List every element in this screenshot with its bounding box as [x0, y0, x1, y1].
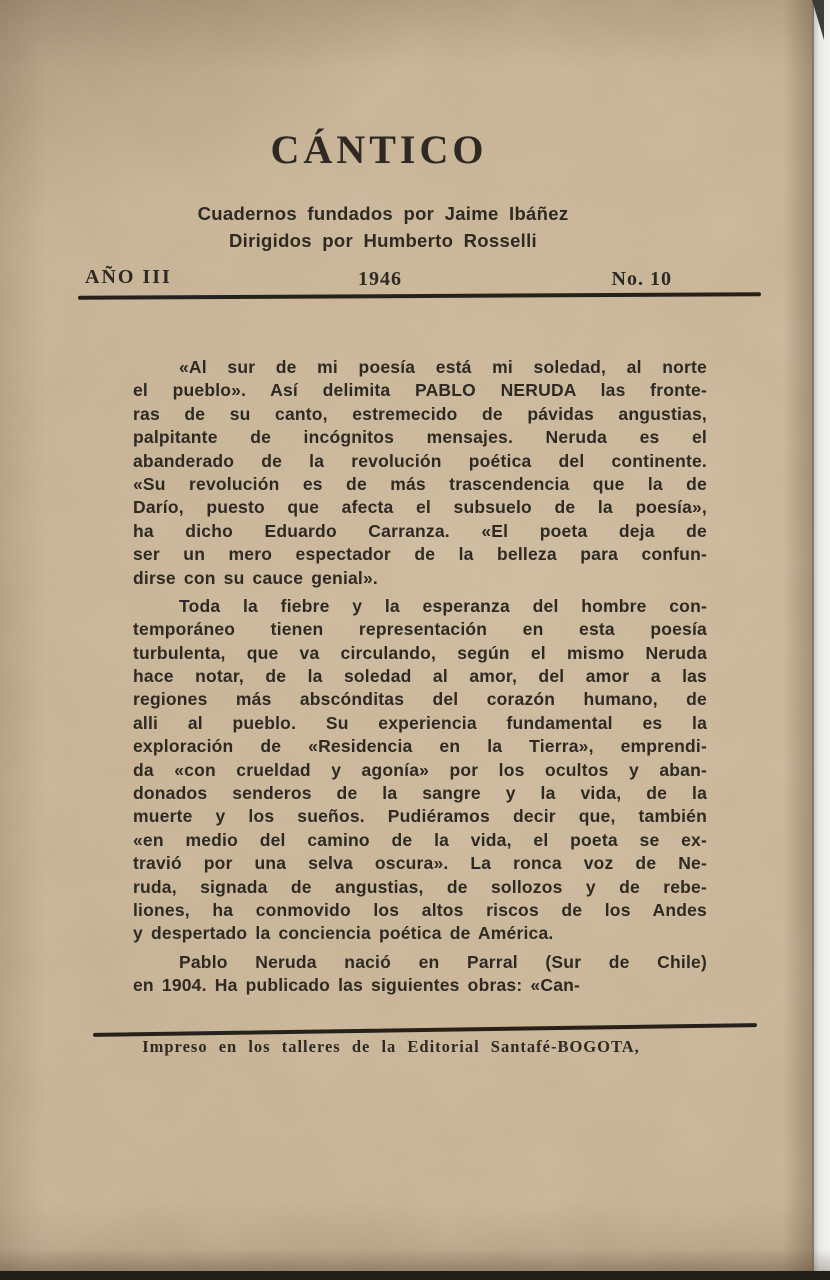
journal-title: CÁNTICO [271, 126, 488, 173]
bottom-edge-shadow [0, 1249, 830, 1271]
underlying-page-edge [814, 0, 830, 1271]
text-line: el pueblo». Así delimita PABLO NERUDA la… [133, 379, 707, 402]
paragraph: Pablo Neruda nació en Parral (Sur de Chi… [133, 951, 707, 998]
text-line: abanderado de la revolución poética del … [133, 450, 707, 473]
text-line: ras de su canto, estremecido de pávidas … [133, 403, 707, 426]
text-line: muerte y los sueños. Pudiéramos decir qu… [133, 805, 707, 828]
text-line: donados senderos de la sangre y la vida,… [133, 782, 707, 805]
text-line: ser un mero espectador de la belleza par… [133, 543, 707, 566]
text-line: da «con crueldad y agonía» por los ocult… [133, 759, 707, 782]
text-line: turbulenta, que va circulando, según el … [133, 642, 707, 665]
text-line: «Su revolución es de más trascendencia q… [133, 473, 707, 496]
masthead-rule [78, 292, 761, 300]
text-line: temporáneo tienen representación en esta… [133, 618, 707, 641]
page-curl-shadow [783, 0, 813, 1280]
issue-info-row: AÑO III 1946 No. 10 [0, 266, 830, 292]
text-line: Darío, puesto que afecta el subsuelo de … [133, 496, 707, 519]
paragraph: Toda la fiebre y la esperanza del hombre… [133, 595, 707, 946]
masthead-founded-line: Cuadernos fundados por Jaime Ibáñez [198, 203, 569, 225]
text-line: Toda la fiebre y la esperanza del hombre… [133, 595, 707, 618]
year-label: 1946 [358, 268, 402, 291]
paragraph: «Al sur de mi poesía está mi soledad, al… [133, 356, 707, 590]
footer-rule [93, 1023, 757, 1037]
text-line: y despertado la conciencia poética de Am… [133, 922, 707, 945]
text-line: dirse con su cauce genial». [133, 567, 707, 590]
article-body: «Al sur de mi poesía está mi soledad, al… [133, 356, 707, 998]
text-line: ruda, signada de angustias, de sollozos … [133, 876, 707, 899]
volume-label: AÑO III [85, 266, 172, 289]
bottom-page-edge [0, 1271, 830, 1280]
text-line: palpitante de incógnitos mensajes. Nerud… [133, 426, 707, 449]
text-line: hace notar, de la soledad al amor, del a… [133, 665, 707, 688]
top-right-corner-shadow [812, 0, 824, 40]
text-line: liones, ha conmovido los altos riscos de… [133, 899, 707, 922]
text-line: travió por una selva oscura». La ronca v… [133, 852, 707, 875]
printer-imprint: Impreso en los talleres de la Editorial … [142, 1037, 640, 1057]
text-line: «Al sur de mi poesía está mi soledad, al… [133, 356, 707, 379]
text-line: Pablo Neruda nació en Parral (Sur de Chi… [133, 951, 707, 974]
text-line: ha dicho Eduardo Carranza. «El poeta dej… [133, 520, 707, 543]
issue-number-label: No. 10 [612, 268, 672, 291]
text-line: «en medio del camino de la vida, el poet… [133, 829, 707, 852]
text-line: alli al pueblo. Su experiencia fundament… [133, 712, 707, 735]
text-line: en 1904. Ha publicado las siguientes obr… [133, 974, 707, 997]
text-line: regiones más abscónditas del corazón hum… [133, 688, 707, 711]
scanned-journal-page: CÁNTICO Cuadernos fundados por Jaime Ibá… [0, 0, 830, 1280]
text-line: exploración de «Residencia en la Tierra»… [133, 735, 707, 758]
masthead-directed-line: Dirigidos por Humberto Rosselli [229, 230, 537, 252]
